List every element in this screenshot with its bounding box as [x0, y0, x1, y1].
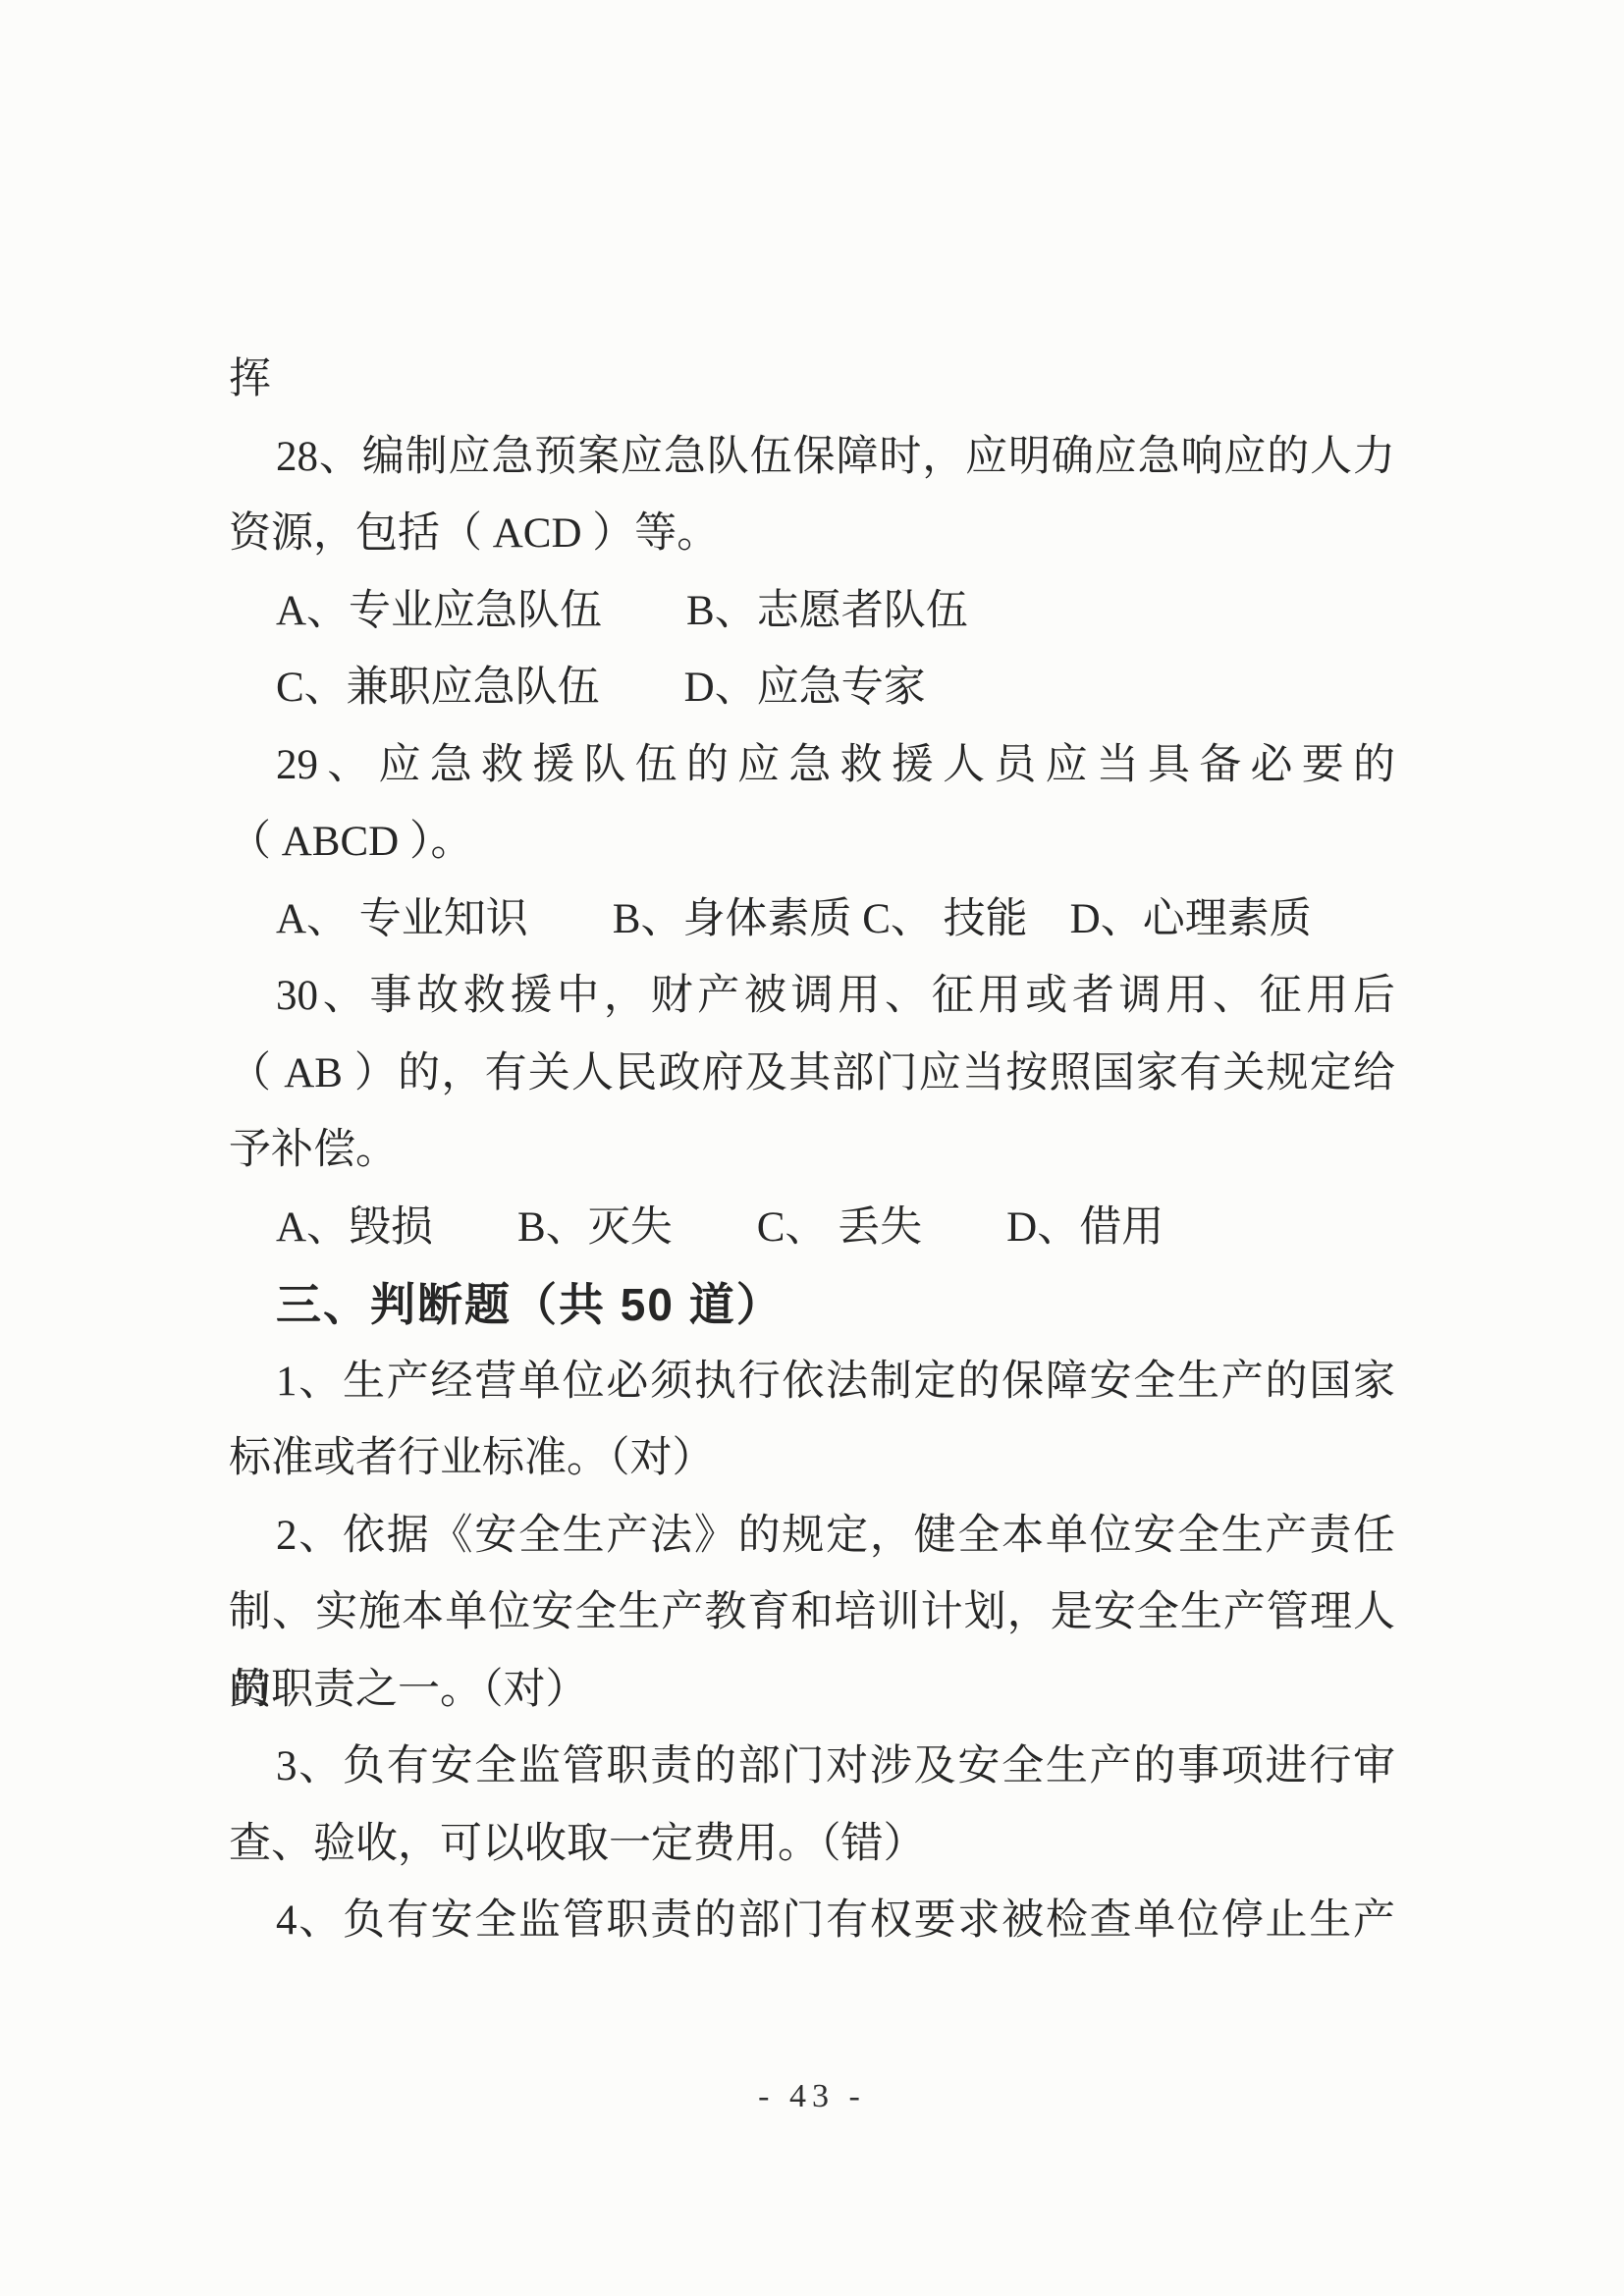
judgment-3-line-2: 查、验收，可以收取一定费用。（错） [229, 1806, 1395, 1884]
judgment-1-line-1: 1、生产经营单位必须执行依法制定的保障安全生产的国家 [229, 1344, 1395, 1421]
question-28-line-2: 资源，包括（ ACD ）等。 [229, 496, 1395, 573]
question-30-options: A、毁损 B、灭失 C、 丢失 D、借用 [229, 1190, 1395, 1267]
page-number: - 43 - [229, 2067, 1395, 2126]
document-page: 挥 28、编制应急预案应急队伍保障时，应明确应急响应的人力 资源，包括（ ACD… [0, 0, 1624, 2296]
carryover-text: 挥 [229, 342, 1395, 419]
document-body: 挥 28、编制应急预案应急队伍保障时，应明确应急响应的人力 资源，包括（ ACD… [229, 342, 1395, 1960]
question-28-options-cd: C、兼职应急队伍 D、应急专家 [229, 650, 1395, 727]
question-28-options-ab: A、专业应急队伍 B、志愿者队伍 [229, 573, 1395, 651]
judgment-2-line-1: 2、依据《安全生产法》的规定，健全本单位安全生产责任 [229, 1498, 1395, 1575]
judgment-2-line-2: 制、实施本单位安全生产教育和培训计划，是安全生产管理人员 [229, 1575, 1395, 1652]
question-30-line-3: 予补偿。 [229, 1112, 1395, 1190]
judgment-3-line-1: 3、负有安全监管职责的部门对涉及安全生产的事项进行审 [229, 1729, 1395, 1806]
question-29-line-2: （ ABCD ）。 [229, 804, 1395, 881]
question-29-options: A、 专业知识 B、身体素质 C、 技能 D、心理素质 [229, 881, 1395, 959]
judgment-4-line-1: 4、负有安全监管职责的部门有权要求被检查单位停止生产 [229, 1883, 1395, 1960]
judgment-2-line-3: 的职责之一。（对） [229, 1652, 1395, 1730]
section-header-judgment-questions: 三、判断题（共 50 道） [229, 1266, 1395, 1344]
question-28-line-1: 28、编制应急预案应急队伍保障时，应明确应急响应的人力 [229, 419, 1395, 497]
question-30-line-2: （ AB ）的，有关人民政府及其部门应当按照国家有关规定给 [229, 1036, 1395, 1113]
question-30-line-1: 30、事故救援中，财产被调用、征用或者调用、征用后 [229, 958, 1395, 1036]
judgment-1-line-2: 标准或者行业标准。（对） [229, 1420, 1395, 1498]
question-29-line-1: 29、应急救援队伍的应急救援人员应当具备必要的 [229, 727, 1395, 805]
